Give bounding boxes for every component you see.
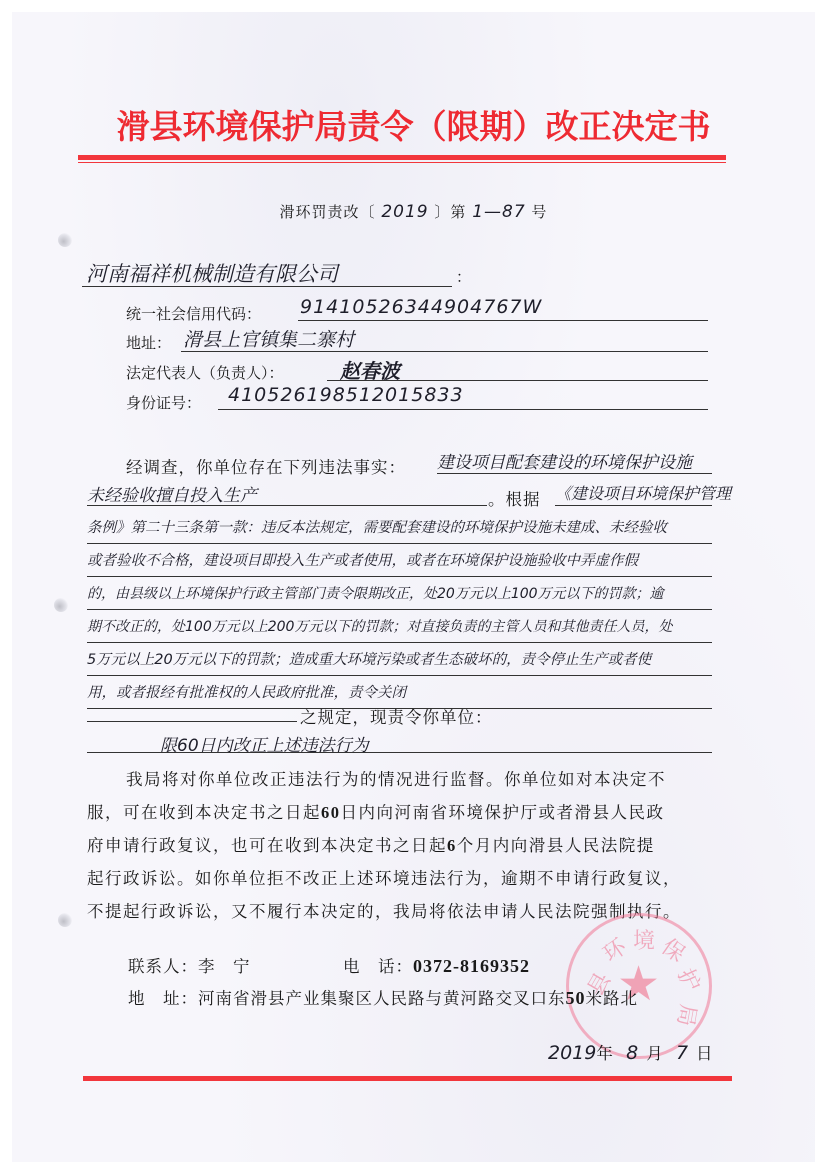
agency-address: 地 址：河南省滑县产业集聚区人民路与黄河路交叉口东50米路北 [128, 985, 638, 1009]
notice-line: 我局将对你单位改正违法行为的情况进行监督。你单位如对本决定不 [126, 763, 726, 796]
contact-phone: 电 话：0372-8169352 [343, 953, 530, 977]
notice-line: 起行政诉讼。如你单位拒不改正上述环境违法行为，逾期不申请行政复议， [87, 862, 727, 895]
fill-line [82, 286, 452, 287]
violation-fact-line1: 建设项目配套建设的环境保护设施 [437, 448, 692, 473]
notice-line: 府申请行政复议，也可在收到本决定书之日起6个月内向滑县人民法院提 [87, 829, 727, 862]
recipient-company: 河南福祥机械制造有限公司 [86, 258, 338, 288]
legal-basis-line: 条例》第二十三条第一款：违反本法规定，需要配套建设的环境保护设施未建成、未经验收 [87, 513, 712, 544]
id-number-label: 身份证号： [126, 392, 201, 413]
document-title: 滑县环境保护局责令（限期）改正决定书 [0, 101, 827, 148]
legal-basis-line: 期不改正的，处100万元以上200万元以下的罚款；对直接负责的主管人员和其他责任… [87, 612, 712, 643]
findings-intro: 经调查，你单位存在下列违法事实： [126, 454, 406, 478]
violation-fact-line2: 未经验收擅自投入生产 [87, 481, 257, 506]
legal-basis-line1: 《建设项目环境保护管理 [555, 481, 731, 504]
punch-hole-mark [54, 598, 68, 612]
punch-hole-mark [58, 233, 72, 247]
legal-rep-label: 法定代表人（负责人）： [126, 362, 284, 383]
doc-year: 2019 [381, 202, 428, 222]
contact-person: 联系人：李 宁 [128, 953, 251, 977]
doc-serial: 1—87 [472, 202, 525, 222]
header-rule [78, 155, 726, 160]
basis-suffix: 之规定，现责令你单位： [300, 704, 493, 728]
legal-basis-line: 5万元以上20万元以下的罚款；造成重大环境污染或者生态破坏的，责令停止生产或者使 [87, 645, 712, 676]
legal-basis-line: 的，由县级以上环境保护行政主管部门责令限期改正，处20万元以上100万元以下的罚… [87, 579, 712, 610]
footer-rule [83, 1076, 732, 1081]
id-number-value: 410526198512015833 [228, 384, 464, 406]
legal-basis-line: 或者验收不合格，建设项目即投入生产或者使用，或者在环境保护设施验收中弄虚作假 [87, 546, 712, 577]
document-number: 滑环罚责改〔 2019 〕第 1—87 号 [0, 201, 827, 222]
credit-code-label: 统一社会信用代码： [126, 303, 261, 324]
address-label: 地址： [126, 332, 171, 353]
credit-code-value: 91410526344904767W [300, 296, 542, 318]
issue-date: 2019年 8月 7日 [548, 1040, 713, 1064]
header-rule-thin [78, 162, 726, 163]
notice-line: 服，可在收到本决定书之日起60日内向河南省环境保护厅或者滑县人民政 [87, 796, 727, 829]
punch-hole-mark [58, 913, 72, 927]
address-value: 滑县上官镇集二寨村 [183, 325, 354, 352]
